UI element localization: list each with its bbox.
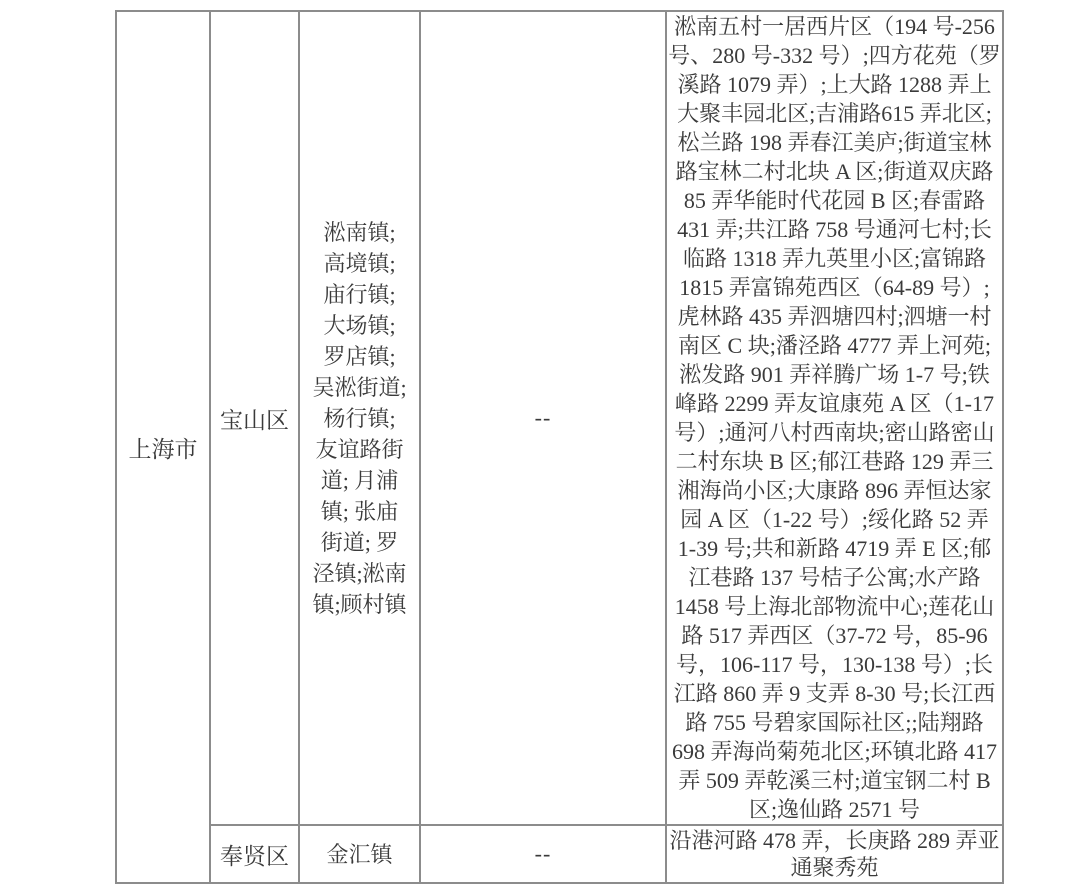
text-line: 江巷路 137 号桔子公寓;水产路: [667, 563, 1002, 592]
text-line: 峰路 2299 弄友谊康苑 A 区（1-17: [667, 389, 1002, 418]
text-line: 溪路 1079 弄）;上大路 1288 弄上: [667, 70, 1002, 99]
text-line: 号、280 号-332 号）;四方花苑（罗: [667, 41, 1002, 70]
text-line: 85 弄华能时代花园 B 区;春雷路: [667, 186, 1002, 215]
text-line: 南区 C 块;潘泾路 4777 弄上河苑;: [667, 331, 1002, 360]
text-line: 吴淞街道;: [300, 372, 419, 403]
text-line: 金汇镇: [300, 839, 419, 870]
text-line: 431 弄;共江路 758 号通河七村;长: [667, 215, 1002, 244]
district-area-table: 上海市 宝山区 淞南镇;高境镇;庙行镇;大场镇;罗店镇;吴淞街道;杨行镇;友谊路…: [115, 10, 1004, 884]
text-line: 道; 月浦: [300, 465, 419, 496]
district-cell-fengxian: 奉贤区: [210, 825, 299, 883]
text-line: 江路 860 弄 9 支弄 8-30 号;长江西: [667, 679, 1002, 708]
towns-cell-baoshan: 淞南镇;高境镇;庙行镇;大场镇;罗店镇;吴淞街道;杨行镇;友谊路街道; 月浦镇;…: [299, 11, 420, 825]
text-line: 1815 弄富锦苑西区（64-89 号）;: [667, 273, 1002, 302]
table-row-baoshan: 上海市 宝山区 淞南镇;高境镇;庙行镇;大场镇;罗店镇;吴淞街道;杨行镇;友谊路…: [116, 11, 1003, 825]
text-line: 路宝林二村北块 A 区;街道双庆路: [667, 157, 1002, 186]
text-line: 二村东块 B 区;郁江巷路 129 弄三: [667, 447, 1002, 476]
areas-cell-baoshan: 淞南五村一居西片区（194 号-256号、280 号-332 号）;四方花苑（罗…: [666, 11, 1003, 825]
text-line: 弄 509 弄乾溪三村;道宝钢二村 B: [667, 766, 1002, 795]
text-line: 罗店镇;: [300, 341, 419, 372]
text-line: 杨行镇;: [300, 403, 419, 434]
text-line: 大场镇;: [300, 310, 419, 341]
text-line: 临路 1318 弄九英里小区;富锦路: [667, 244, 1002, 273]
text-line: 通聚秀苑: [667, 854, 1002, 881]
text-line: 号，106-117 号，130-138 号）;长: [667, 650, 1002, 679]
text-line: 镇;顾村镇: [300, 589, 419, 620]
table-row-fengxian: 奉贤区 金汇镇 -- 沿港河路 478 弄，长庚路 289 弄亚通聚秀苑: [116, 825, 1003, 883]
text-line: 虎林路 435 弄泗塘四村;泗塘一村: [667, 302, 1002, 331]
text-line: 湘海尚小区;大康路 896 弄恒达家: [667, 476, 1002, 505]
streets-cell-fengxian: --: [420, 825, 666, 883]
text-line: 松兰路 198 弄春江美庐;街道宝林: [667, 128, 1002, 157]
text-line: 友谊路街: [300, 434, 419, 465]
text-line: 园 A 区（1-22 号）;绥化路 52 弄: [667, 505, 1002, 534]
text-line: 号）;通河八村西南块;密山路密山: [667, 418, 1002, 447]
document-page: 上海市 宝山区 淞南镇;高境镇;庙行镇;大场镇;罗店镇;吴淞街道;杨行镇;友谊路…: [115, 10, 1004, 884]
text-line: 路 517 弄西区（37-72 号，85-96: [667, 621, 1002, 650]
text-line: 庙行镇;: [300, 279, 419, 310]
text-line: 泾镇;淞南: [300, 558, 419, 589]
text-line: 高境镇;: [300, 248, 419, 279]
text-line: 淞南镇;: [300, 217, 419, 248]
district-cell-baoshan: 宝山区: [210, 11, 299, 825]
city-cell: 上海市: [116, 11, 210, 883]
text-line: 淞南五村一居西片区（194 号-256: [667, 12, 1002, 41]
text-line: 698 弄海尚菊苑北区;环镇北路 417: [667, 737, 1002, 766]
text-line: 街道; 罗: [300, 527, 419, 558]
text-line: 区;逸仙路 2571 号: [667, 795, 1002, 824]
text-line: 镇; 张庙: [300, 496, 419, 527]
text-line: 1-39 号;共和新路 4719 弄 E 区;郁: [667, 534, 1002, 563]
text-line: 大聚丰园北区;吉浦路615 弄北区;: [667, 99, 1002, 128]
areas-cell-fengxian: 沿港河路 478 弄，长庚路 289 弄亚通聚秀苑: [666, 825, 1003, 883]
text-line: 路 755 号碧家国际社区;;陆翔路: [667, 708, 1002, 737]
streets-cell-baoshan: --: [420, 11, 666, 825]
text-line: 沿港河路 478 弄，长庚路 289 弄亚: [667, 827, 1002, 854]
text-line: 1458 号上海北部物流中心;莲花山: [667, 592, 1002, 621]
towns-cell-fengxian: 金汇镇: [299, 825, 420, 883]
text-line: 淞发路 901 弄祥腾广场 1-7 号;铁: [667, 360, 1002, 389]
